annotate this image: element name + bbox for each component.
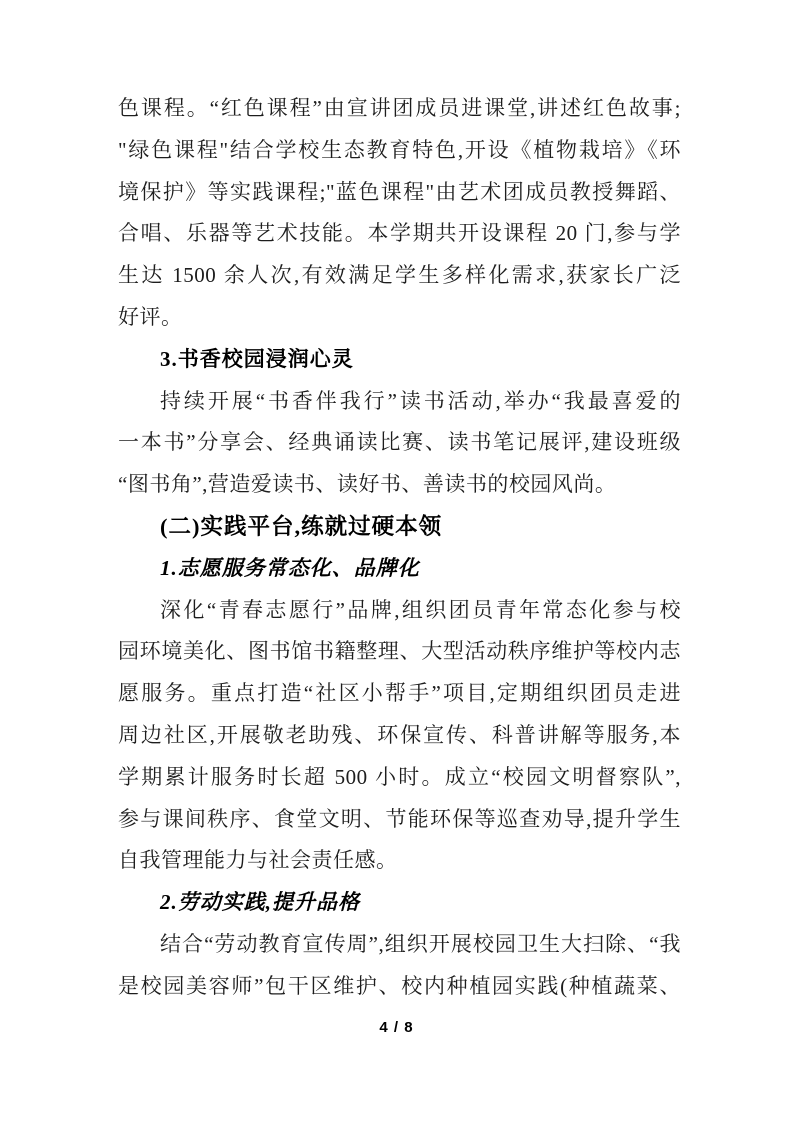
document-line: 结合“劳动教育宣传周”,组织开展校园卫生大扫除、“我 <box>118 924 681 966</box>
document-line: 2.劳动实践,提升品格 <box>118 882 681 924</box>
document-line: 周边社区,开展敬老助残、环保宣传、科普讲解等服务,本 <box>118 715 681 757</box>
document-line: 境保护》等实践课程;"蓝色课程"由艺术团成员教授舞蹈、 <box>118 172 681 214</box>
document-line: 是校园美容师”包干区维护、校内种植园实践(种植蔬菜、 <box>118 966 681 1008</box>
document-line: 参与课间秩序、食堂文明、节能环保等巡查劝导,提升学生 <box>118 799 681 841</box>
page-number: 4 / 8 <box>379 1019 413 1036</box>
document-line: 持续开展“书香伴我行”读书活动,举办“我最喜爱的 <box>118 381 681 423</box>
document-line: 深化“青春志愿行”品牌,组织团员青年常态化参与校 <box>118 590 681 632</box>
document-page: 色课程。“红色课程”由宣讲团成员进课堂,讲述红色故事;"绿色课程"结合学校生态教… <box>0 0 793 1122</box>
document-line: 自我管理能力与社会责任感。 <box>118 840 681 882</box>
document-line: 愿服务。重点打造“社区小帮手”项目,定期组织团员走进 <box>118 673 681 715</box>
document-line: 生达 1500 余人次,有效满足学生多样化需求,获家长广泛 <box>118 255 681 297</box>
document-line: 3.书香校园浸润心灵 <box>118 339 681 381</box>
document-line: 一本书”分享会、经典诵读比赛、读书笔记展评,建设班级 <box>118 422 681 464</box>
document-line: "绿色课程"结合学校生态教育特色,开设《植物栽培》《环 <box>118 130 681 172</box>
page-footer: 4 / 8 <box>0 1019 793 1037</box>
document-line: (二)实践平台,练就过硬本领 <box>118 506 681 548</box>
document-line: 色课程。“红色课程”由宣讲团成员进课堂,讲述红色故事; <box>118 88 681 130</box>
document-line: 好评。 <box>118 297 681 339</box>
document-body: 色课程。“红色课程”由宣讲团成员进课堂,讲述红色故事;"绿色课程"结合学校生态教… <box>118 88 681 1008</box>
document-line: 1.志愿服务常态化、品牌化 <box>118 548 681 590</box>
document-line: 学期累计服务时长超 500 小时。成立“校园文明督察队”, <box>118 757 681 799</box>
document-line: 园环境美化、图书馆书籍整理、大型活动秩序维护等校内志 <box>118 631 681 673</box>
document-line: “图书角”,营造爱读书、读好书、善读书的校园风尚。 <box>118 464 681 506</box>
document-line: 合唱、乐器等艺术技能。本学期共开设课程 20 门,参与学 <box>118 213 681 255</box>
